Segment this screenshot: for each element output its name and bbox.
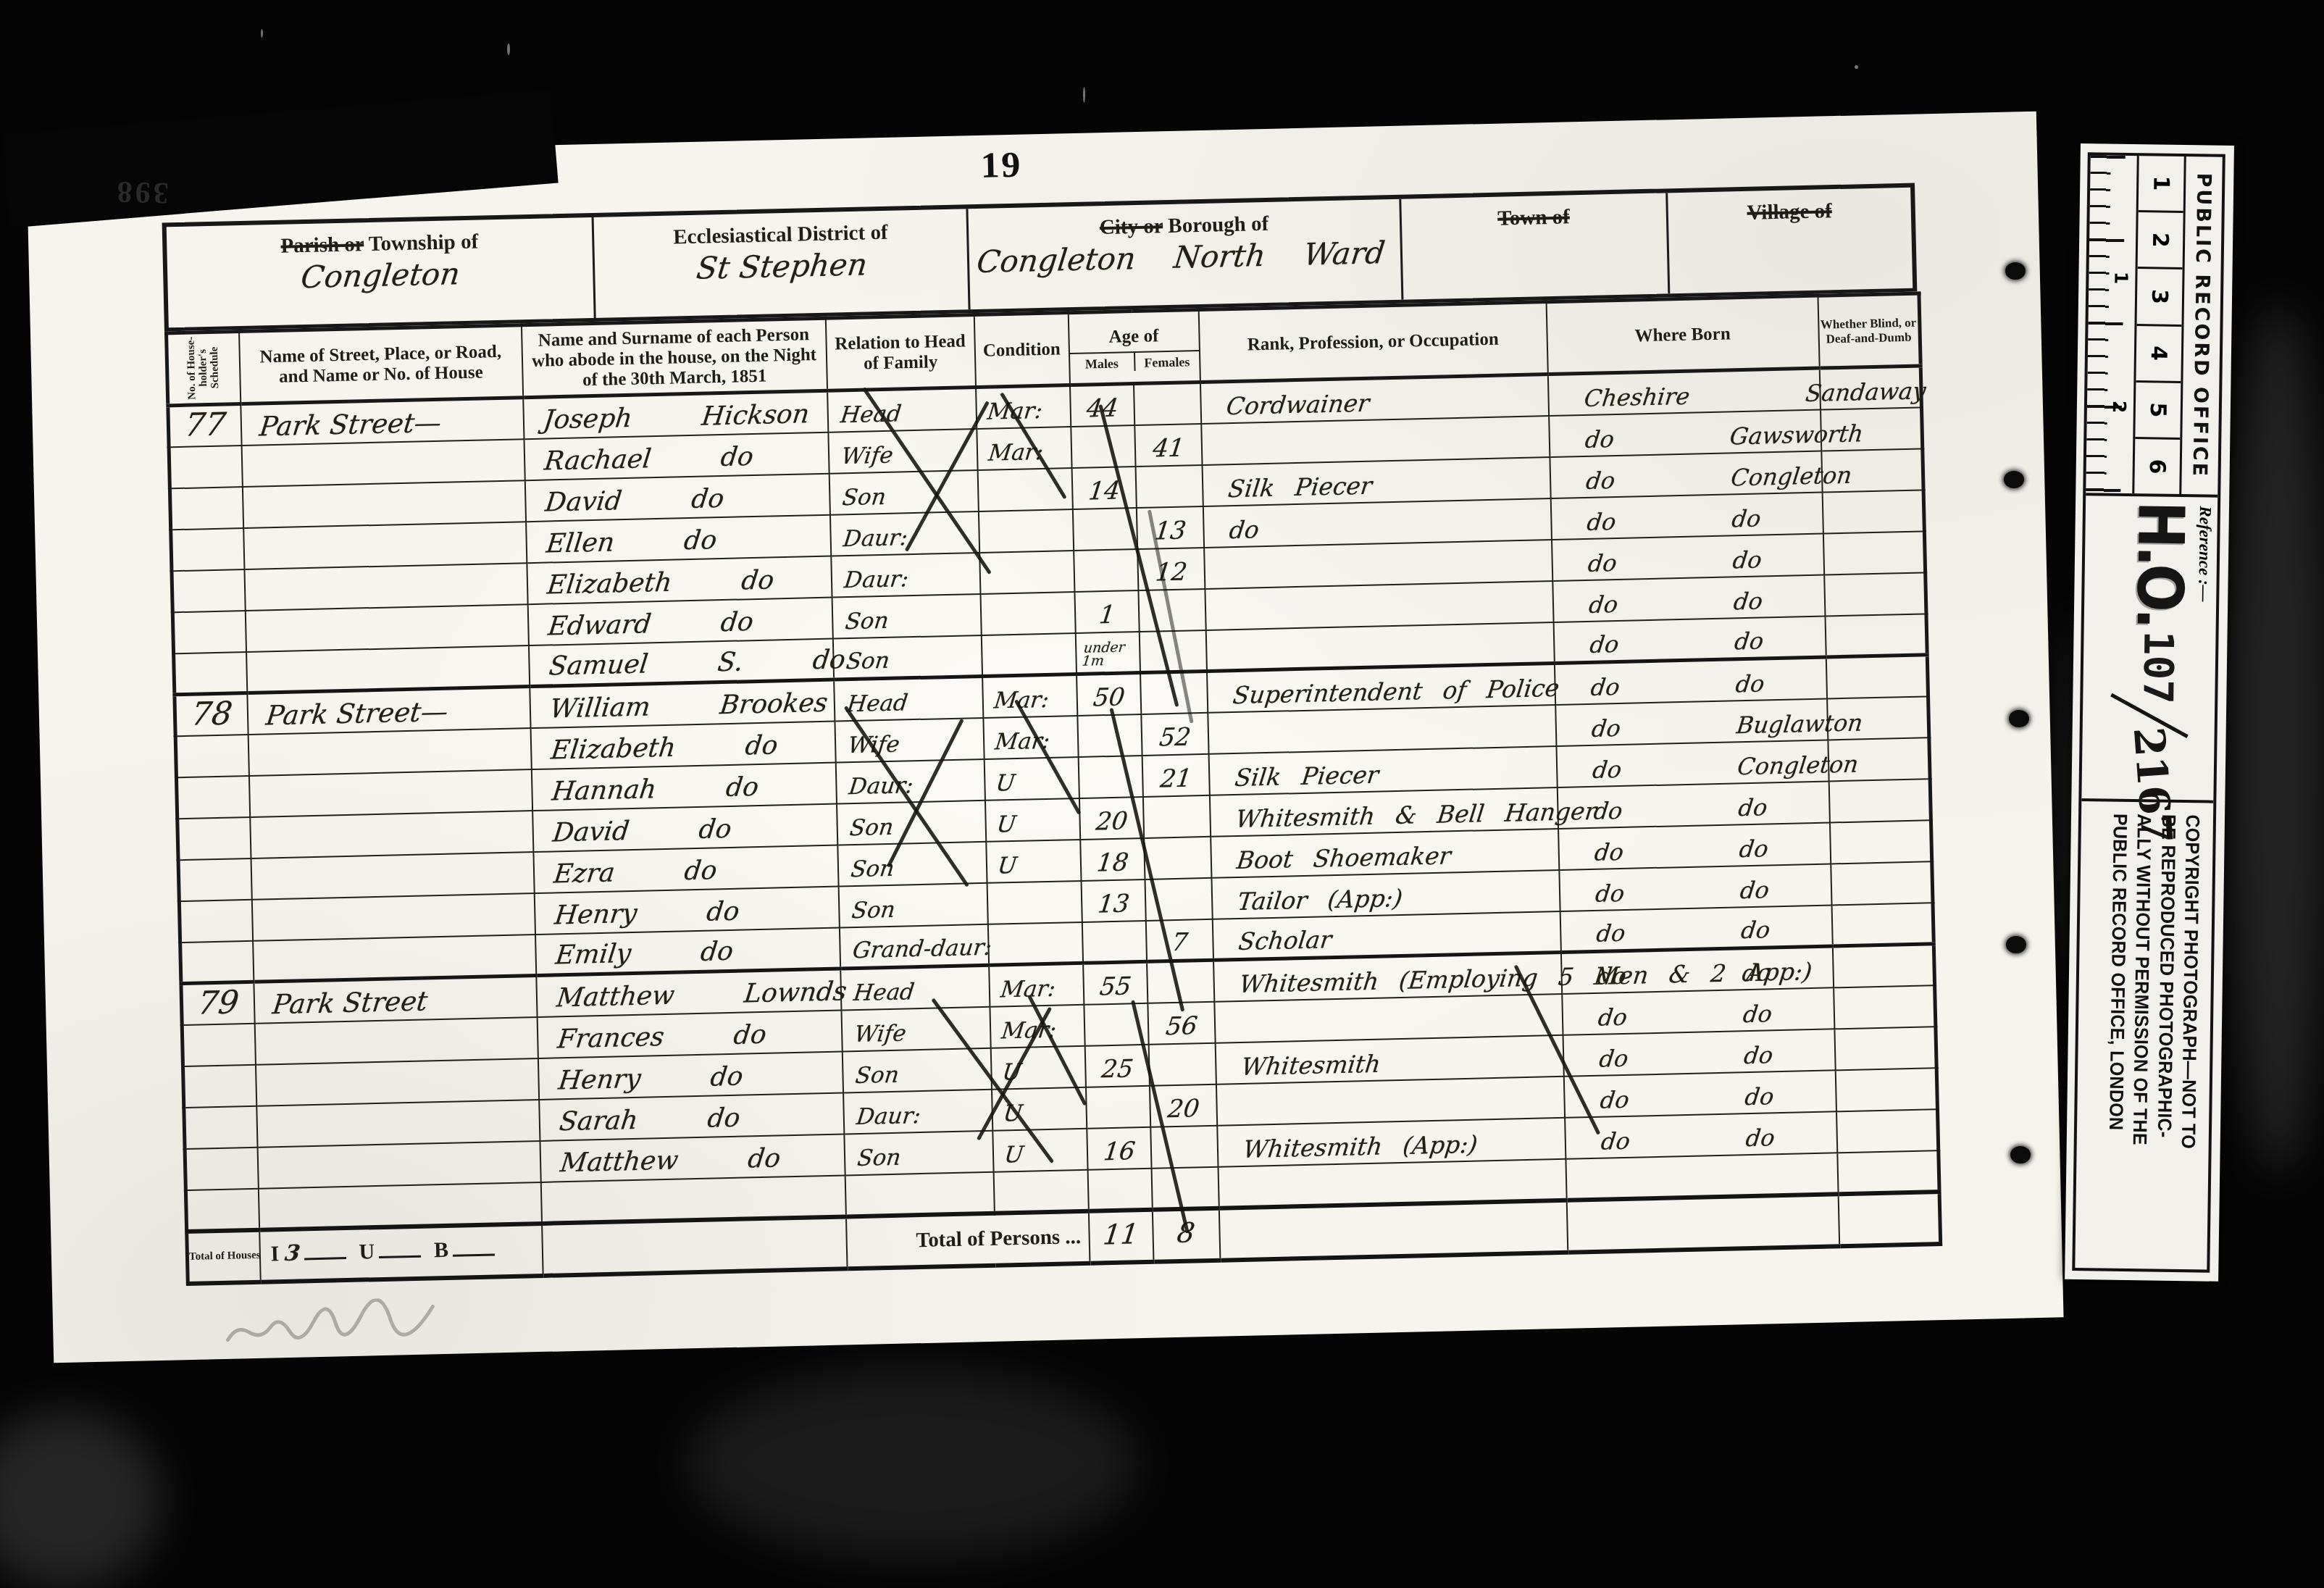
cell-name: Joseph Hickson [523,390,828,439]
handwritten-text: do Gawsworth [1583,422,1864,456]
village-box: Village of [1665,188,1913,294]
cell-relation: Grand-daur: [839,924,988,969]
inch-2: 2 [2138,210,2183,267]
handwritten-text: do do [1593,878,1770,910]
township-label-rest: Township of [369,230,479,256]
cell-females: 7 [1145,919,1213,961]
township-label-struck: Parish or [280,233,364,258]
handwritten-text: Mar: [986,440,1044,469]
cell-born: do do [1562,987,1834,1035]
handwritten-text: William Brookes [548,690,829,727]
handwritten-text: 52 [1158,724,1192,754]
handwritten-text: do do [1588,629,1765,661]
handwritten-text: do do [1585,506,1762,538]
cell-name [540,1175,845,1224]
cell-name: Matthew Lownds [536,969,841,1017]
cell-schedule: 78 [175,693,248,735]
handwritten-text: Wife [853,1022,907,1050]
cell-females: 21 [1142,753,1209,796]
col-name-header: Name and Surname of each Person who abod… [521,318,827,398]
handwritten-text: Mar: [998,977,1056,1006]
handwritten-text: 41 [1151,435,1186,465]
cell-street: Park Street— [247,687,530,735]
cell-females [1133,383,1200,425]
handwritten-text: Park Street [270,987,429,1022]
cell-street [248,728,531,776]
handwritten-text: Tailor (App:) [1235,885,1403,917]
inch-5: 5 [2135,380,2181,438]
cell-schedule [171,528,244,571]
cell-blind [1828,779,1931,822]
handwritten-text: do do [1599,1126,1776,1158]
cell-schedule [180,940,254,983]
cell-schedule [174,651,247,694]
blank-line [379,1238,422,1258]
cell-blind [1835,1068,1937,1111]
handwritten-text: 7 [1170,930,1189,960]
cell-name: Frances do [537,1010,842,1058]
cell-males [1074,549,1138,592]
cell-males [1085,1085,1150,1128]
cell-schedule [175,734,248,777]
film-speck [1083,87,1085,103]
film-speck [261,29,263,38]
handwritten-text: Son [844,650,890,677]
cell-blind [1834,1027,1936,1070]
cm-1: 1 [2110,272,2131,285]
cell-condition: Mar: [982,674,1077,718]
cell-relation: Head [827,388,977,432]
handwritten-text: 79 [196,987,241,1024]
cell-street [245,604,528,652]
page-number: 19 [980,143,1022,186]
cell-schedule [178,858,251,900]
handwritten-text: 16 [1102,1139,1137,1169]
handwritten-text: do Buglawton [1589,711,1863,745]
handwritten-text: 55 [1098,974,1132,1003]
pencil-scribble [222,1292,456,1356]
cell-name: David do [532,803,837,852]
cell-street [251,893,535,941]
cell-schedule [182,1023,255,1066]
cell-street [244,563,527,611]
handwritten-text: Boot Shoemaker [1234,843,1452,877]
cell-schedule: 79 [181,982,254,1024]
blank-line [304,1240,346,1260]
cell-condition [978,509,1073,553]
cell-females: 41 [1134,424,1202,467]
handwritten-text: Son [848,816,894,843]
cell-females [1148,1042,1216,1085]
age-of-label: Age of [1069,322,1199,354]
cell-condition [987,880,1082,924]
cell-blind [1825,614,1927,657]
cell-schedule [176,775,249,818]
town-box: Town of [1399,193,1668,299]
cell-street [246,645,530,693]
cell-blind [1836,1109,1938,1153]
punch-hole [2010,1146,2031,1163]
cell-schedule: 77 [168,404,241,447]
handwritten-text: 14 [1087,478,1121,508]
handwritten-text: Whitesmith (App:) [1241,1132,1479,1165]
village-label: Village of [1747,199,1832,225]
copyright-notice: COPYRIGHT PHOTOGRAPH—NOT TO BE REPRODUCE… [2075,798,2213,1269]
cell-street [255,1058,538,1106]
cell-relation [845,1171,994,1216]
pro-title: PUBLIC RECORD OFFICE [2181,156,2223,495]
inhabited-count: 3 [283,1242,301,1269]
cell-born: do do [1558,822,1831,869]
handwritten-text: Rachael do [542,443,754,479]
cell-schedule [172,611,246,653]
handwritten-text: Ezra do [551,858,718,892]
cell-males: under 1m [1075,632,1140,674]
handwritten-text: do do [1595,961,1772,992]
cell-name: Elizabeth do [527,556,832,604]
cell-name: Ezra do [533,845,838,893]
cell-males [1071,425,1135,468]
col-schedule-header: No. of House-holder's Schedule [167,332,241,406]
handwritten-text: Head [845,692,908,720]
totals-empty-cell [1566,1194,1839,1252]
building-label: B [434,1238,449,1262]
handwritten-text: U [1002,1143,1024,1171]
handwritten-text: do Congleton [1584,463,1852,496]
cell-street [242,480,525,528]
handwritten-text: Sarah do [557,1105,741,1140]
handwritten-text: 13 [1153,518,1187,548]
cell-occupation: Superintendent of Police [1206,664,1555,713]
handwritten-text: Whitesmith [1240,1051,1382,1082]
handwritten-text: Park Street— [257,409,443,444]
handwritten-text: 1 [1098,602,1116,632]
cell-males [1082,920,1146,963]
cell-relation: Son [838,882,987,927]
inch-6: 6 [2134,437,2180,494]
film-smudge [0,1413,159,1587]
reference-section: Reference :— H.O. 107 2167 [2081,496,2218,801]
handwritten-text: Emily do [553,939,735,974]
handwritten-text: Son [853,1063,900,1091]
cell-relation: Son [842,1048,991,1092]
cell-born: do do [1565,1111,1837,1158]
cell-born: do Gawsworth [1549,409,1821,456]
cell-born [1566,1153,1838,1200]
cell-blind [1826,655,1928,698]
cell-blind [1822,490,1924,533]
census-rows: 77Park Street—Joseph HicksonHeadMar:44Co… [168,366,1939,1232]
cell-schedule [169,446,242,488]
census-page: 398 19 Parish or Township of Congleton E… [26,112,2063,1363]
handwritten-text: 21 [1158,766,1193,795]
cell-females [1150,1125,1218,1168]
handwritten-text: U [995,854,1017,882]
inch-4: 4 [2136,324,2181,381]
cell-schedule [172,569,245,612]
handwritten-text: do do [1592,795,1768,827]
handwritten-text: Silk Piecer [1233,762,1380,794]
pro-reference-strip: PUBLIC RECORD OFFICE 1 2 3 4 5 6 1 2 [2081,143,2234,1279]
cell-condition: Mar: [976,385,1071,429]
col-occupation-header: Rank, Profession, or Occupation [1198,302,1547,383]
punch-hole [2004,471,2024,488]
handwritten-text: do do [1586,548,1763,580]
cell-born: do do [1559,864,1831,911]
cell-name: Henry do [534,886,839,935]
handwritten-text: do do [1597,1043,1774,1075]
cell-relation: Head [840,965,990,1010]
cell-street [251,852,534,900]
cell-name: Elizabeth do [530,721,835,769]
cell-blind [1823,531,1925,574]
inhabited-label: I [270,1242,279,1266]
handwritten-text: Daur: [842,568,909,596]
total-houses-values: I 3UB [259,1223,543,1282]
film-smudge [688,1369,1137,1558]
males-label: Males [1070,353,1136,372]
enumeration-table: No. of House-holder's Schedule Name of S… [164,291,1942,1285]
handwritten-text: 78 [189,698,234,735]
handwritten-text: 25 [1100,1056,1134,1086]
borough-box: City or Borough of Congleton North Ward [966,199,1401,310]
cell-born: do do [1550,492,1823,539]
cell-blind [1832,944,1934,987]
cell-females [1151,1166,1219,1209]
township-box: Parish or Township of Congleton [167,217,594,327]
inch-3: 3 [2137,267,2183,324]
cell-blind [1834,985,1936,1029]
handwritten-text: Edward do [546,609,754,645]
cell-males: 18 [1080,837,1145,880]
cell-condition: U [992,1128,1087,1171]
col-age-header: Age of Males Females [1068,310,1200,385]
handwritten-text: do [1227,517,1261,546]
cell-blind [1831,903,1934,946]
township-label: Parish or Township of [167,217,593,261]
handwritten-text: Park Street— [264,698,449,733]
handwritten-text: do do [1596,1002,1773,1034]
cell-males [1087,1168,1152,1211]
cell-condition: U [984,756,1079,800]
cell-born: do Congleton [1550,451,1822,498]
cell-relation: Son [829,470,978,515]
total-males: 11 [1088,1209,1153,1263]
cell-condition: U [985,798,1079,841]
cell-males: 25 [1084,1044,1149,1087]
cell-condition [979,551,1074,594]
pro-ruler: PUBLIC RECORD OFFICE 1 2 3 4 5 6 1 2 [2086,155,2223,497]
cell-name: Emily do [535,927,840,976]
inch-1: 1 [2139,156,2184,211]
cell-born: do do [1552,574,1825,622]
punch-hole [2005,262,2026,280]
handwritten-text: Frances do [555,1021,767,1057]
total-houses-label: Total of Houses [187,1229,261,1283]
borough-label-struck: City or [1100,214,1163,239]
cell-blind [1837,1150,1939,1194]
handwritten-text: Hannah do [550,774,760,809]
cell-street [256,1099,540,1147]
cell-street [250,811,533,858]
cell-females: 13 [1136,506,1203,548]
cell-occupation: Whitesmith (Employing 5 Men & 2 App:) [1213,952,1562,1001]
town-label: Town of [1497,205,1570,230]
females-label: Females [1135,351,1200,370]
handwritten-text: Head [851,981,915,1009]
film-speck [1855,65,1858,69]
handwritten-text: Henry do [553,898,740,933]
cell-schedule [170,487,243,530]
film-corner-shadow [2,89,559,228]
cell-name: Edward do [527,597,832,645]
cell-born: do do [1557,781,1829,828]
cell-born: do do [1551,533,1823,580]
ecclesiastical-district-label-rest: Ecclesiastical District of [673,221,888,249]
cell-relation: Daur: [831,552,980,597]
handwritten-text: under 1m [1075,640,1145,672]
ecclesiastical-district-box: Ecclesiastical District of St Stephen [592,209,969,318]
cell-relation: Head [834,676,983,721]
cell-condition [987,922,1082,965]
handwritten-text: Silk Piecer [1226,473,1374,505]
cell-street [257,1140,540,1188]
borough-label-rest: Borough of [1168,212,1269,238]
cell-relation: Wife [828,429,977,474]
cell-name: Matthew do [540,1134,845,1182]
handwritten-text: Ellen do [544,527,718,561]
cell-street: Park Street [254,976,537,1024]
film-smudge [2231,304,2324,1174]
cell-name: Henry do [538,1051,843,1100]
cell-street [253,935,536,982]
punch-hole [2006,936,2026,953]
cell-schedule [185,1147,258,1190]
handwritten-text: Scholar [1237,927,1333,958]
handwritten-text: do do [1598,1085,1775,1116]
handwritten-text: Cordwainer [1224,390,1371,422]
cell-relation: Son [832,593,981,638]
handwritten-text: 50 [1091,685,1126,714]
cell-name: Ellen do [526,514,831,563]
handwritten-text: do Congleton [1591,752,1860,785]
handwritten-text: Son [856,1146,902,1174]
handwritten-text: U [994,772,1016,799]
cell-blind [1829,820,1931,864]
cell-relation: Daur: [835,759,985,803]
cell-condition: U [986,839,1081,882]
film-speck [507,43,510,55]
folio-number: 398 [114,174,169,210]
col-condition-header: Condition [974,313,1069,388]
reference-stamp: H.O. 107 [2125,501,2193,705]
microfilm-frame: 398 19 Parish or Township of Congleton E… [0,0,2324,1588]
cell-street [241,439,524,487]
cell-schedule [185,1188,259,1231]
borough-value: Congleton North Ward [975,238,1387,282]
cell-males: 55 [1083,961,1148,1004]
handwritten-text: Henry do [556,1063,744,1098]
handwritten-text: do do [1587,589,1763,621]
col-street-header: Name of Street, Place, or Road, and Name… [239,325,523,404]
handwritten-text: 13 [1096,891,1131,921]
cell-condition: Mar: [983,715,1078,759]
cell-name: David do [524,473,829,522]
handwritten-text: Joseph Hickson [541,401,811,438]
total-persons-label: Total of Persons ... [845,1211,1090,1269]
cell-born: do do [1553,616,1826,663]
punch-hole [2009,710,2029,727]
cell-blind [1824,572,1926,616]
cell-females: 52 [1141,712,1208,755]
cell-born: do Congleton [1556,740,1828,787]
col-born-header: Where Born [1546,296,1819,374]
handwritten-text: Elizabeth do [545,567,775,603]
cell-name: Sarah do [539,1092,844,1141]
cell-males [1077,714,1142,756]
cell-name: Samuel S. do [528,638,833,687]
handwritten-text: Elizabeth do [548,732,779,768]
cell-blind [1831,861,1933,905]
cell-street [248,769,532,817]
cell-schedule [177,816,251,859]
handwritten-text: Daur: [841,527,908,555]
handwritten-text: 77 [183,409,227,446]
handwritten-text: David do [551,816,732,851]
cell-schedule [184,1106,257,1148]
census-table: Parish or Township of Congleton Ecclesia… [162,183,1939,1286]
handwritten-text: Wife [840,444,894,472]
col-relation-header: Relation to Head of Family [825,315,975,391]
handwritten-text: Daur: [854,1104,921,1132]
cm-scale: 1 2 [2086,155,2137,493]
handwritten-text: Son [850,898,896,926]
handwritten-text: Son [840,485,887,513]
cell-males [1078,755,1142,798]
cell-street: Park Street— [241,398,524,446]
inch-scale: 1 2 3 4 5 6 [2132,156,2186,494]
handwritten-text: do do [1592,837,1769,869]
handwritten-text: Matthew Lownds [554,979,848,1016]
cell-born: do Buglawton [1555,698,1828,745]
ho-stamp: H.O. [2122,501,2196,627]
handwritten-text: 20 [1166,1096,1200,1126]
handwritten-text: David do [543,485,725,520]
cell-condition: Mar: [989,963,1084,1006]
cell-condition [980,592,1075,635]
cm-2: 2 [2109,401,2130,414]
handwritten-text: Daur: [847,774,914,803]
cell-females [1142,795,1210,837]
cell-females [1144,836,1211,879]
col-blind-header: Whether Blind, or Deaf-and-Dumb [1818,293,1920,368]
cell-schedule [179,899,252,942]
ecclesiastical-district-value: St Stephen [694,249,869,288]
cell-born: Cheshire Sandaway [1547,368,1820,415]
cell-females [1135,464,1203,507]
cell-males: 1 [1074,590,1139,633]
cell-males: 13 [1081,879,1145,922]
blank-line [453,1236,496,1256]
cell-condition [981,633,1076,677]
cell-occupation: Whitesmith & Bell Hanger [1209,787,1558,836]
cell-name: Rachael do [524,432,829,480]
cell-street [243,522,527,569]
uninhabited-label: U [359,1240,375,1263]
township-value: Congleton [299,259,461,297]
handwritten-text: 18 [1095,850,1130,879]
totals-empty-cell [1219,1200,1568,1260]
